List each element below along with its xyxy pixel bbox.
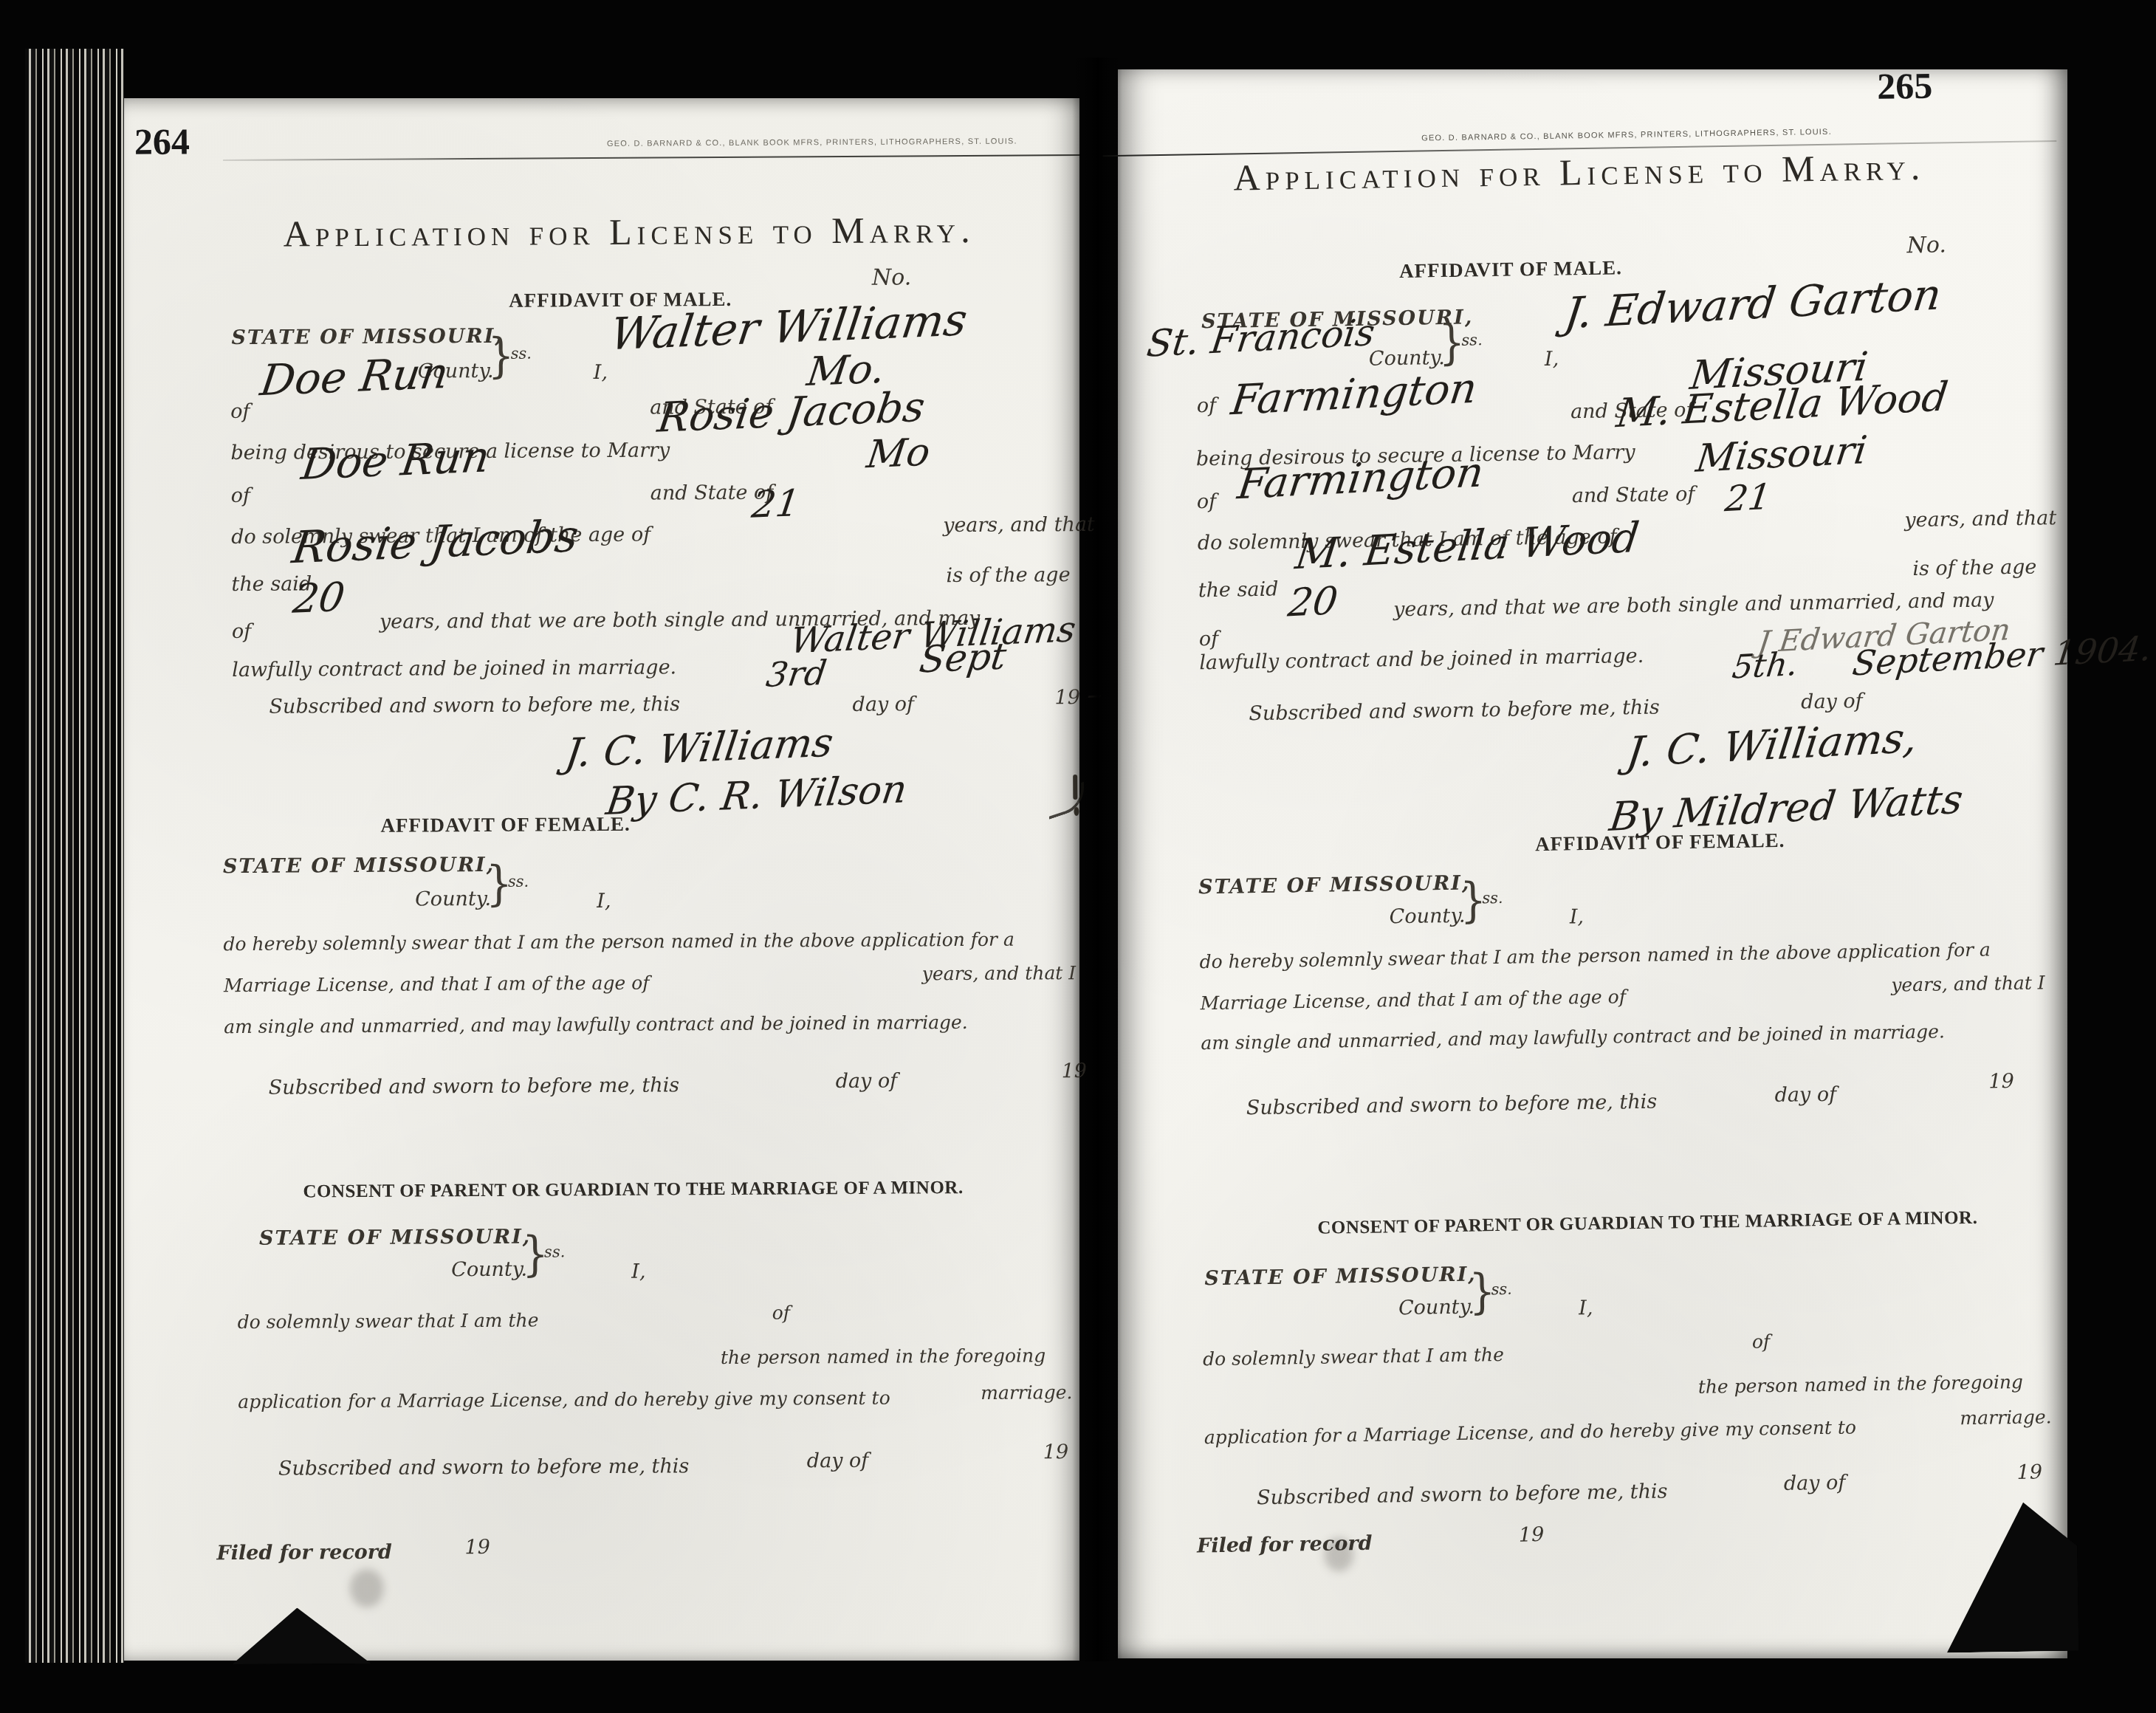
day-handwriting: 5th.: [1730, 648, 1799, 684]
of-label: of: [1199, 628, 1219, 650]
is-of-the-age-label: is of the age: [1912, 555, 2037, 580]
page-left-content: 264 GEO. D. BARNARD & CO., BLANK BOOK MF…: [120, 95, 1085, 1664]
subscribed-line-female: Subscribed and sworn to before me, this: [1246, 1091, 1658, 1120]
female-affidavit-line3: am single and unmarried, and may lawfull…: [224, 1012, 968, 1037]
bride-state-handwriting: Missouri: [1694, 431, 1869, 478]
county-label: County.: [415, 888, 491, 911]
ss-label: ss.: [544, 1243, 565, 1260]
of-label: of: [1197, 394, 1217, 417]
consent-line2: application for a Marriage License, and …: [238, 1387, 890, 1412]
ss-label: ss.: [511, 345, 532, 363]
year-19-label: 19: [1043, 1441, 1069, 1463]
bride-name-repeat-handwriting: M. Estella Wood: [1293, 518, 1641, 577]
day-of-label: day of: [1801, 690, 1863, 713]
i-label: I,: [1570, 905, 1585, 928]
form-title: Application for License to Marry.: [120, 207, 1075, 256]
marriage-word-label: marriage.: [981, 1381, 1072, 1404]
county-label: County.: [1389, 904, 1465, 929]
page-number: 265: [1877, 64, 1933, 108]
consent-person-line: the person named in the foregoing: [1698, 1371, 2024, 1398]
subscribed-line-consent: Subscribed and sworn to before me, this: [1257, 1480, 1668, 1509]
consent-person-line: the person named in the foregoing: [721, 1345, 1046, 1368]
consent-line1: do solemnly swear that I am the: [238, 1310, 539, 1333]
ss-label: ss.: [508, 873, 529, 890]
i-label: I,: [631, 1260, 645, 1283]
of-label: of: [230, 400, 250, 423]
day-handwriting: 3rd: [764, 656, 828, 692]
groom-residence-handwriting: Farmington: [1229, 368, 1479, 422]
recorder-signature-handwriting: J. C. Williams: [563, 723, 835, 774]
groom-age-handwriting: 21: [749, 484, 802, 523]
day-of-label: day of: [1774, 1083, 1836, 1107]
groom-residence-handwriting: Doe Run: [258, 351, 451, 402]
header-rule: [223, 154, 1079, 161]
affidavit-of-female-heading: AFFIDAVIT OF FEMALE.: [1115, 825, 2064, 862]
female-affidavit-line2: Marriage License, and that I am of the a…: [224, 972, 650, 997]
bride-name-handwriting: M. Estella Wood: [1614, 377, 1950, 434]
of-label: of: [1752, 1331, 1771, 1352]
county-label: County.: [1398, 1296, 1474, 1320]
ss-label: ss.: [1491, 1280, 1512, 1298]
years-and-that-i-label: years, and that I: [1891, 972, 2045, 995]
state-of-missouri-label: STATE OF MISSOURI,: [231, 325, 503, 349]
page-left: 264 GEO. D. BARNARD & CO., BLANK BOOK MF…: [124, 98, 1079, 1661]
no-label: No.: [1906, 232, 1946, 258]
female-affidavit-line1: do hereby solemnly swear that I am the p…: [1199, 939, 1991, 973]
female-affidavit-line3: am single and unmarried, and may lawfull…: [1201, 1020, 1945, 1054]
county-label: County.: [451, 1258, 527, 1282]
day-of-label: day of: [852, 693, 914, 716]
ss-label: ss.: [1461, 331, 1483, 349]
female-affidavit-line1: do hereby solemnly swear that I am the p…: [223, 929, 1015, 955]
female-affidavit-line2: Marriage License, and that I am of the a…: [1200, 986, 1626, 1014]
consent-line1: do solemnly swear that I am the: [1203, 1344, 1504, 1370]
form-title: Application for License to Marry.: [1105, 143, 2055, 201]
years-single-line: years, and that we are both single and u…: [1393, 588, 1994, 621]
subscribed-line-female: Subscribed and sworn to before me, this: [269, 1074, 680, 1099]
of-label: of: [232, 620, 251, 643]
lawfully-line: lawfully contract and be joined in marri…: [232, 656, 676, 682]
page-right-content: 265 GEO. D. BARNARD & CO., BLANK BOOK MF…: [1103, 61, 2078, 1664]
county-handwriting: St. Francois: [1145, 314, 1377, 363]
bride-state-handwriting: Mo: [865, 433, 933, 474]
year-19-label: 19: [2016, 1460, 2042, 1484]
bride-name-handwriting: Rosie Jacobs: [655, 387, 927, 439]
state-of-missouri-label: STATE OF MISSOURI,: [223, 854, 495, 878]
corner-shadow: [1936, 1492, 2078, 1653]
paper-smudge: [350, 1569, 384, 1607]
subscribed-line-consent: Subscribed and sworn to before me, this: [278, 1455, 690, 1480]
year-19-label: 19: [1519, 1523, 1545, 1547]
bride-residence-handwriting: Doe Run: [299, 436, 492, 486]
book-spine: [1072, 58, 1122, 1661]
year-19-label: 19: [1988, 1070, 2014, 1094]
marriage-word-label: marriage.: [1960, 1406, 2052, 1429]
state-of-missouri-label: STATE OF MISSOURI,: [1204, 1263, 1477, 1290]
paper-smudge: [1324, 1537, 1354, 1572]
corner-shadow: [232, 1607, 371, 1664]
years-and-that-label: years, and that: [1904, 507, 2056, 532]
groom-name-handwriting: Walter Williams: [608, 298, 969, 357]
of-label: of: [772, 1302, 790, 1323]
the-said-label: the said: [1198, 578, 1279, 603]
recorder-signature-handwriting: J. C. Williams,: [1624, 718, 1920, 774]
i-label: I,: [597, 890, 611, 913]
years-and-that-i-label: years, and that I: [922, 962, 1077, 984]
day-of-label: day of: [836, 1070, 898, 1094]
i-label: I,: [594, 361, 608, 384]
subscribed-line-male: Subscribed and sworn to before me, this: [1249, 696, 1660, 726]
bride-age-handwriting: 20: [1286, 582, 1340, 622]
consent-heading: CONSENT OF PARENT OR GUARDIAN TO THE MAR…: [126, 1177, 1081, 1204]
of-label: of: [1197, 490, 1217, 513]
groom-age-handwriting: 21: [1723, 479, 1773, 517]
year-19-label: 19: [464, 1536, 490, 1559]
state-of-missouri-label: STATE OF MISSOURI,: [259, 1226, 531, 1250]
bride-name-repeat-handwriting: Rosie Jacobs: [289, 514, 581, 570]
bride-residence-handwriting: Farmington: [1235, 452, 1486, 506]
affidavit-of-female-heading: AFFIDAVIT OF FEMALE.: [123, 810, 1079, 839]
subscribed-line-male: Subscribed and sworn to before me, this: [269, 693, 680, 718]
i-label: I,: [1579, 1297, 1593, 1319]
page-right: 265 GEO. D. BARNARD & CO., BLANK BOOK MF…: [1118, 69, 2067, 1658]
lawfully-line: lawfully contract and be joined in marri…: [1199, 645, 1644, 674]
filed-for-record-label: Filed for record: [216, 1541, 392, 1565]
bride-age-handwriting: 20: [291, 577, 347, 619]
of-label: of: [231, 484, 250, 507]
ss-label: ss.: [1482, 889, 1503, 907]
month-handwriting: Sept: [917, 638, 1008, 679]
book-page-edges: [25, 49, 124, 1663]
consent-heading: CONSENT OF PARENT OR GUARDIAN TO THE MAR…: [1121, 1206, 2070, 1242]
printer-credit: GEO. D. BARNARD & CO., BLANK BOOK MFRS, …: [607, 137, 1017, 148]
no-label: No.: [872, 264, 912, 290]
day-of-label: day of: [1784, 1472, 1846, 1495]
i-label: I,: [1545, 348, 1559, 371]
page-number: 264: [134, 120, 190, 162]
groom-name-handwriting: J. Edward Garton: [1562, 273, 1944, 335]
is-of-the-age-label: is of the age: [946, 563, 1070, 587]
and-state-of-label: and State of: [1572, 483, 1695, 508]
day-of-label: day of: [807, 1449, 869, 1473]
consent-line2: application for a Marriage License, and …: [1204, 1416, 1857, 1448]
printer-credit: GEO. D. BARNARD & CO., BLANK BOOK MFRS, …: [1421, 128, 1832, 143]
state-of-missouri-label: STATE OF MISSOURI,: [1198, 872, 1471, 899]
